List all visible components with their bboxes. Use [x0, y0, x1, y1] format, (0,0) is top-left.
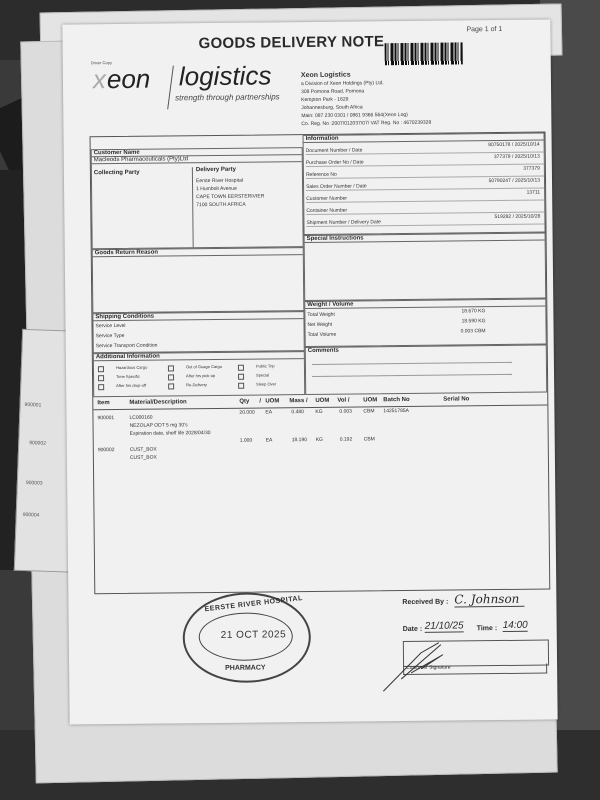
info-row-value: 377379 / 2025/10/13 — [494, 154, 540, 160]
items-column-header: Qty — [239, 399, 249, 405]
checkbox[interactable] — [168, 383, 174, 389]
comment-line — [312, 374, 512, 377]
additional-option-label: Re-Delivery — [186, 382, 207, 387]
special-instructions-section: Special Instructions — [304, 233, 547, 302]
company-address: Xeon Logistics a Division of Xeon Holdin… — [301, 71, 431, 128]
additional-option-label: After hrs pick-up — [186, 373, 215, 378]
info-row-value: 50790247 / 2025/10/13 — [489, 178, 541, 185]
page-number: Page 1 of 1 — [466, 26, 502, 33]
items-column-header: UOM — [315, 398, 329, 404]
checkbox[interactable] — [168, 374, 174, 380]
info-row-value: 519282 / 2025/10/28 — [494, 214, 540, 220]
document-title: GOODS DELIVERY NOTE — [198, 33, 384, 52]
comment-line — [312, 362, 512, 365]
item-material: CUST_BOX — [130, 447, 157, 453]
stamp-pharmacy: PHARMACY — [225, 664, 266, 671]
checkbox[interactable] — [98, 384, 104, 390]
info-row-value: 80750178 / 2025/10/14 — [488, 142, 540, 149]
item-number: 900002 — [98, 447, 115, 453]
pharmacy-stamp: EERSTE RIVER HOSPITAL 21 OCT 2025 PHARMA… — [182, 592, 311, 683]
goods-return-label: Goods Return Reason — [93, 248, 303, 257]
customer-name-value: Macleods Pharmaceuticals (Pty)Ltd — [92, 155, 302, 164]
bg-item-code: 900001 — [24, 402, 41, 409]
bg-item-code: 900003 — [26, 480, 43, 487]
special-instructions-label: Special Instructions — [305, 234, 545, 244]
delivery-party-label: Delivery Party — [196, 167, 236, 173]
additional-option-label: Public Trip — [256, 363, 275, 368]
items-column-header: Batch No — [383, 397, 409, 403]
additional-option-label: Special — [256, 372, 269, 377]
item-description: NEZOLAP ODT 5 mg 30's — [130, 422, 188, 429]
item-qty: 1.000 — [240, 438, 253, 444]
stamp-date: 21 OCT 2025 — [221, 629, 286, 641]
shipping-rows: Service Level Service Type Service Trans… — [93, 319, 303, 351]
items-column-header: UOM — [265, 398, 279, 404]
date-value: 21/10/25 — [425, 620, 464, 632]
checkbox[interactable] — [238, 374, 244, 380]
item-uom: EA — [266, 437, 273, 443]
checkbox[interactable] — [238, 383, 244, 389]
time-label: Time : — [477, 625, 498, 632]
item-description: CUST_BOX — [130, 455, 157, 461]
weight-row-value: 18.590 KG — [462, 318, 486, 324]
logo-eon: eon — [107, 64, 151, 95]
additional-info-label: Additional Information — [94, 352, 304, 361]
divider — [192, 167, 194, 247]
item-volume-uom: CBM — [363, 408, 374, 414]
checkbox[interactable] — [98, 375, 104, 381]
weight-volume-label: Weight / Volume — [305, 300, 545, 310]
logo-tagline: strength through partnerships — [175, 92, 280, 102]
item-note: Expiration date, shelf life 2028/04/30 — [130, 430, 211, 437]
items-column-header: Vol / — [337, 398, 349, 404]
bg-item-code: 900004 — [23, 512, 40, 519]
item-mass-uom: KG — [316, 437, 323, 443]
weight-row-label: Total Weight — [307, 312, 334, 318]
goods-return-section: Goods Return Reason — [92, 247, 305, 313]
additional-option-label: Hazardous Cargo — [116, 365, 147, 370]
item-mass: 0.480 — [291, 409, 304, 415]
logo-logistics: logistics — [179, 60, 272, 92]
item-number: 900001 — [97, 415, 114, 421]
info-row-value: 377379 — [523, 166, 540, 172]
weight-row-label: Net Weight — [307, 322, 332, 328]
item-volume: 0.192 — [340, 437, 353, 443]
received-by-label: Received By : — [402, 599, 448, 606]
comments-section: Comments — [305, 345, 547, 396]
checkbox[interactable] — [238, 365, 244, 371]
logo-x: x — [93, 64, 106, 95]
additional-option-label: Out of Guage Cargo — [186, 364, 222, 369]
item-qty: 20.000 — [239, 410, 254, 416]
company-line: Co. Reg. No :2007/012037/07/ VAT Reg. No… — [301, 119, 431, 128]
items-column-header: / — [259, 399, 261, 405]
received-by-value: C. Johnson — [454, 592, 524, 608]
collecting-party-label: Collecting Party — [94, 170, 140, 176]
time-value: 14:00 — [503, 620, 528, 632]
logo-divider — [167, 66, 174, 110]
customer-section: Customer Name Macleods Pharmaceuticals (… — [91, 147, 304, 249]
delivery-line: 7100 SOUTH AFRICA — [196, 200, 264, 209]
additional-option-label: After hrs drop-off — [116, 383, 146, 388]
items-column-header: Serial No — [443, 396, 469, 402]
information-section: Information Document Number / Date807501… — [303, 133, 546, 236]
bg-item-code: 900002 — [29, 440, 46, 447]
shipping-section: Shipping Conditions Service Level Servic… — [92, 311, 304, 353]
checkbox[interactable] — [168, 365, 174, 371]
transport-condition: Service Transport Condition — [96, 339, 304, 351]
info-row-label: Customer Number — [306, 194, 544, 203]
items-column-header: Item — [97, 400, 109, 406]
item-volume: 0.003 — [339, 409, 352, 415]
weight-volume-section: Weight / Volume Total Weight18.670 KGNet… — [304, 299, 546, 348]
checkbox[interactable] — [98, 366, 104, 372]
items-column-header: Material/Description — [129, 399, 186, 406]
additional-option-label: Time Specific — [116, 374, 140, 379]
signature-scribble — [381, 633, 452, 694]
weight-row-value: 18.670 KG — [461, 308, 485, 314]
item-mass: 18.190 — [292, 437, 307, 443]
item-mass-uom: KG — [315, 409, 322, 415]
delivery-form: Customer Name Macleods Pharmaceuticals (… — [90, 132, 551, 595]
item-material: LC000160 — [129, 415, 152, 421]
additional-option-label: Sleep Over — [256, 381, 276, 386]
weight-row-value: 0.003 CBM — [461, 328, 486, 334]
item-uom: EA — [265, 409, 272, 415]
items-column-header: Mass / — [289, 398, 307, 404]
comments-label: Comments — [306, 346, 546, 355]
stamp-hospital: EERSTE RIVER HOSPITAL — [204, 595, 303, 613]
barcode — [385, 42, 463, 65]
weight-row-label: Total Volume — [308, 332, 337, 338]
delivery-note-page: GOODS DELIVERY NOTE Page 1 of 1 Driver C… — [62, 19, 557, 724]
item-batch: 14251785A — [383, 408, 409, 414]
item-volume-uom: CBM — [364, 436, 375, 442]
delivery-address: Eerste River Hospital 1 Humbolt Avenue C… — [196, 176, 265, 209]
info-row-value: 13711 — [527, 190, 541, 196]
additional-info-section: Additional Information Hazardous CargoOu… — [93, 351, 305, 397]
items-column-header: UOM — [363, 397, 377, 403]
